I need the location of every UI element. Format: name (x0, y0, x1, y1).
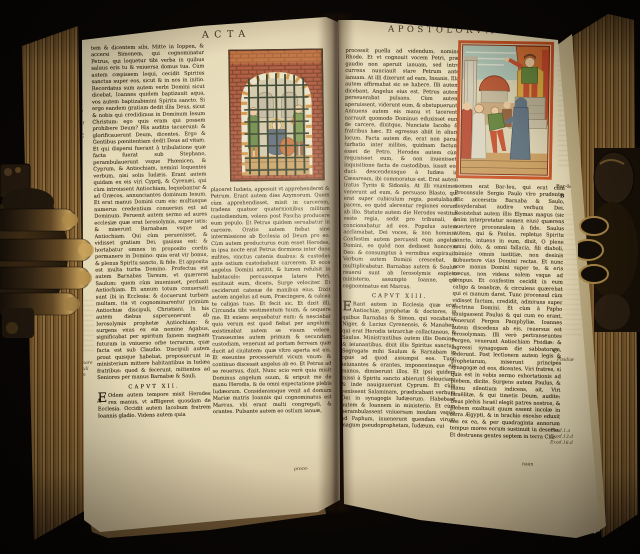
left-running-title: ACTA (202, 27, 300, 52)
chapter-opening: EOdem autem tempore misit Herodes rex ma… (98, 390, 211, 419)
woodcut-peter-in-prison (228, 48, 325, 181)
left-column-1: tem & dicentem sibi, Mitte in Ioppen, & … (91, 43, 212, 475)
chapter-opening: ERant autem in Ecclesia quæ erat Antioch… (341, 301, 457, 430)
woodcut-paul-elymas-sergius-paulus (456, 40, 554, 180)
body-text: nomen erat Bar-Ieu, qui erat cum Procons… (450, 183, 565, 441)
body-text: tem & dicentem sibi, Mitte in Ioppen, & … (91, 43, 210, 381)
book-photo-stage: 1068 ACTA Sup.1.a Mat.3.c Mar.1.b Luc.3.… (0, 0, 640, 554)
right-page-number: 1069 (538, 24, 571, 40)
margin-exod-refs: Exod.1.a Exod.13.d Exod.16.d (550, 427, 597, 465)
right-bronze-clasp (578, 148, 640, 332)
chapter-heading-xii: CAPVT XII. (97, 382, 210, 391)
right-column-2: nomen erat Bar-Ieu, qui erat cum Procons… (449, 183, 565, 461)
right-catchword: naan (522, 462, 545, 473)
left-column-2: placeret Iudæis, apposuit vt apprehender… (211, 185, 333, 466)
right-column-1: processit puella ad videndum, nomine Rho… (340, 47, 459, 472)
margin-ref: Exod.16.d (550, 440, 596, 447)
section-letter-b-right: B (560, 193, 569, 205)
gutter-shadow (318, 14, 354, 512)
body-text: placeret Iudæis, apposuit vt apprehender… (211, 185, 332, 415)
body-text: Odem autem tempore misit Herodes rex man… (98, 391, 211, 419)
chapter-heading-xiii: CAPVT XIII. (343, 292, 457, 301)
drop-cap: E (98, 392, 109, 403)
section-letter-c: C (80, 133, 88, 145)
body-text: processit puella ad videndum, nomine Rho… (343, 47, 460, 291)
body-text: Rant autem in Ecclesia quæ erat Antiochi… (341, 301, 457, 429)
left-bronze-clasp (0, 158, 100, 344)
left-page-number: 1068 (92, 24, 125, 40)
